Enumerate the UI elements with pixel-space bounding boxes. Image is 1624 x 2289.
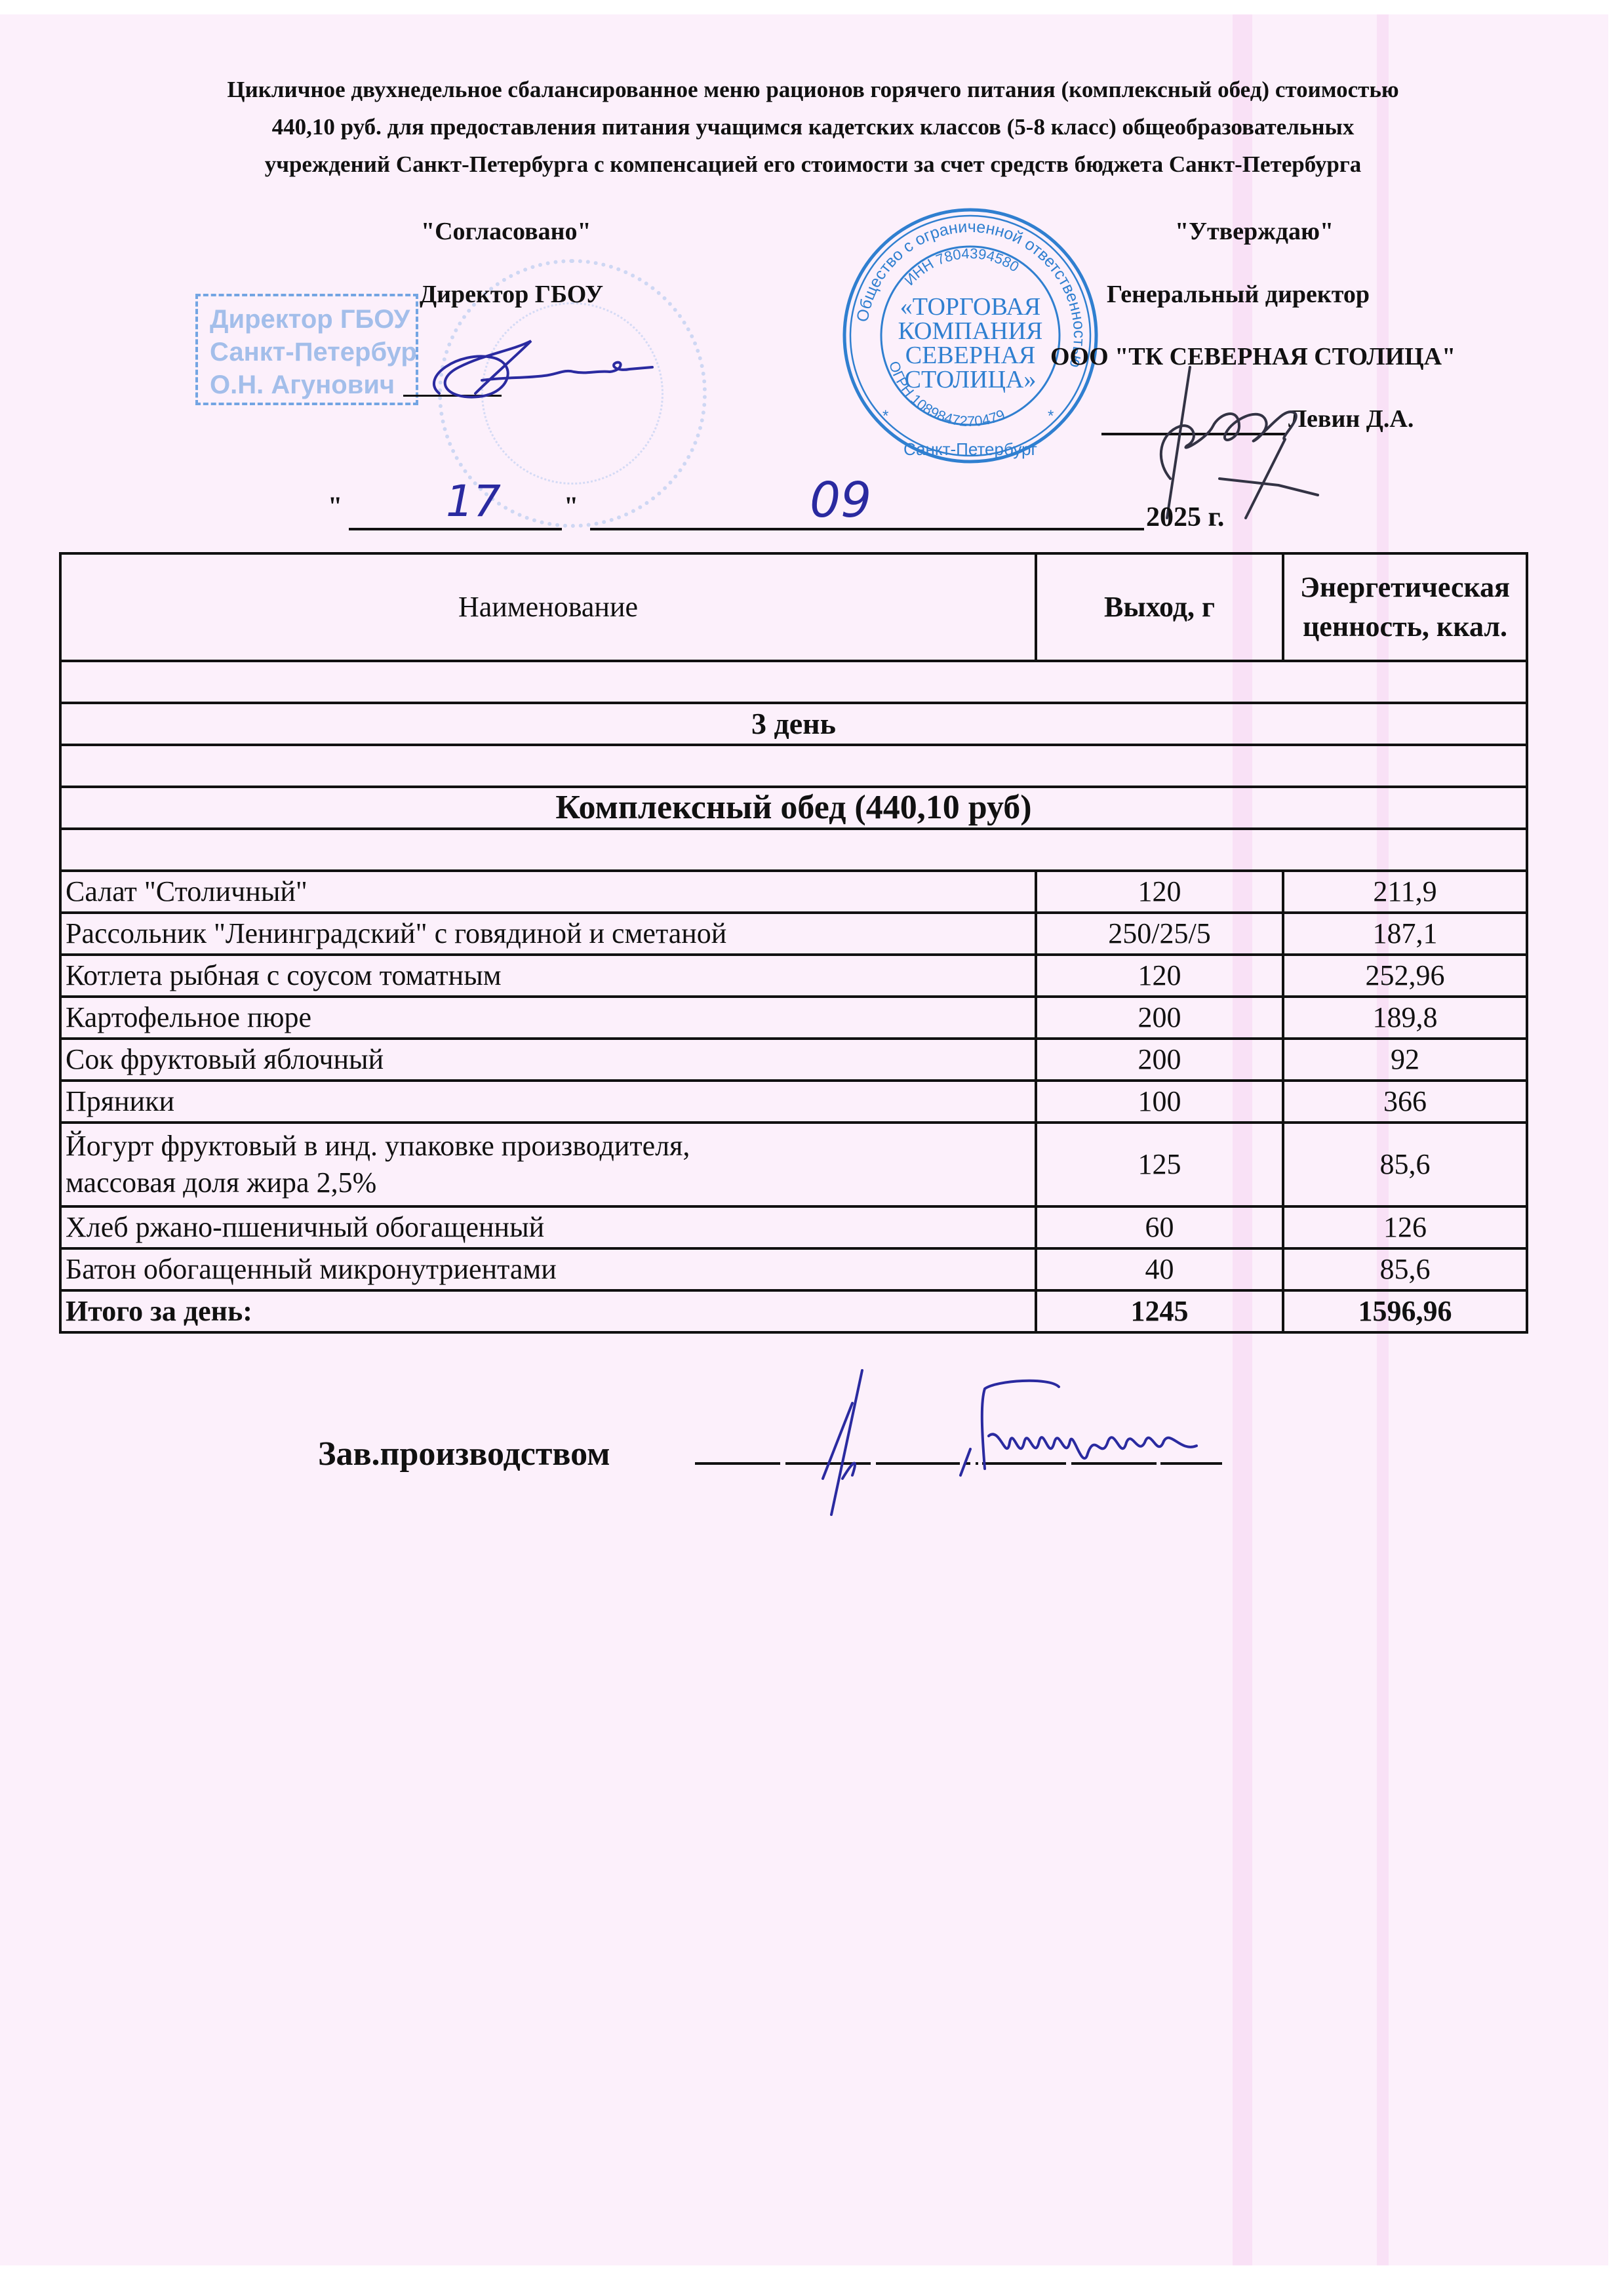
production-head-signature-icon bbox=[813, 1364, 1337, 1521]
total-row: Итого за день: 1245 1596,96 bbox=[60, 1290, 1527, 1332]
stamp-city: Санкт-Петербург bbox=[903, 439, 1037, 459]
dish-yield: 125 bbox=[1036, 1123, 1283, 1206]
date-month: 09 bbox=[810, 476, 871, 525]
menu-table: Наименование Выход, г Энергетическая цен… bbox=[59, 552, 1528, 1334]
total-energy: 1596,96 bbox=[1283, 1290, 1527, 1332]
production-head-label: Зав.производством bbox=[318, 1435, 610, 1473]
title-line: 440,10 руб. для предоставления питания у… bbox=[39, 108, 1587, 146]
table-row: Батон обогащенный микронутриентами 40 85… bbox=[60, 1248, 1527, 1290]
stamp-line: Директор ГБОУ школы № 380 bbox=[210, 303, 409, 336]
dish-energy: 366 bbox=[1283, 1081, 1527, 1123]
dish-yield: 40 bbox=[1036, 1248, 1283, 1290]
spacer-row bbox=[60, 829, 1527, 871]
dish-name: Пряники bbox=[60, 1081, 1036, 1123]
dish-yield: 200 bbox=[1036, 1039, 1283, 1081]
dish-energy: 187,1 bbox=[1283, 913, 1527, 955]
stamp-star-icon: * bbox=[1048, 407, 1054, 425]
dish-yield: 120 bbox=[1036, 871, 1283, 913]
dish-energy: 126 bbox=[1283, 1206, 1527, 1248]
column-header-energy: Энергетическая ценность, ккал. bbox=[1283, 553, 1527, 661]
table-row: Салат "Столичный" 120 211,9 bbox=[60, 871, 1527, 913]
stamp-line: О.Н. Агунович bbox=[210, 368, 409, 401]
dish-name: Рассольник "Ленинградский" с говядиной и… bbox=[60, 913, 1036, 955]
date-day: 17 bbox=[446, 480, 501, 523]
dish-yield: 60 bbox=[1036, 1206, 1283, 1248]
total-label: Итого за день: bbox=[60, 1290, 1036, 1332]
dish-yield: 100 bbox=[1036, 1081, 1283, 1123]
school-director-title: Директор ГБОУ bbox=[420, 282, 603, 307]
dish-name: Картофельное пюре bbox=[60, 997, 1036, 1039]
day-label: 3 день bbox=[60, 703, 1527, 745]
dish-name: Йогурт фруктовый в инд. упаковке произво… bbox=[60, 1123, 1036, 1206]
table-row: Котлета рыбная с соусом томатным 120 252… bbox=[60, 955, 1527, 997]
header-energy-line: ценность, ккал. bbox=[1288, 607, 1522, 647]
table-row: Йогурт фруктовый в инд. упаковке произво… bbox=[60, 1123, 1527, 1206]
spacer-row bbox=[60, 661, 1527, 703]
dish-name: Сок фруктовый яблочный bbox=[60, 1039, 1036, 1081]
stamp-center-line: «ТОРГОВАЯ bbox=[900, 293, 1041, 321]
agreed-heading: "Согласовано" bbox=[421, 219, 591, 244]
company-name: ООО "ТК СЕВЕРНАЯ СТОЛИЦА" bbox=[1050, 344, 1456, 369]
company-round-stamp: Общество с ограниченной ответственностью… bbox=[839, 205, 1101, 467]
spacer-row bbox=[60, 745, 1527, 787]
dish-energy: 85,6 bbox=[1283, 1248, 1527, 1290]
column-header-yield: Выход, г bbox=[1036, 553, 1283, 661]
svg-text:ИНН 7804394580: ИНН 7804394580 bbox=[901, 245, 1021, 289]
dish-name: Салат "Столичный" bbox=[60, 871, 1036, 913]
dish-energy: 189,8 bbox=[1283, 997, 1527, 1039]
table-header-row: Наименование Выход, г Энергетическая цен… bbox=[60, 553, 1527, 661]
meal-label: Комплексный обед (440,10 руб) bbox=[60, 787, 1527, 829]
table-row: Рассольник "Ленинградский" с говядиной и… bbox=[60, 913, 1527, 955]
column-header-name: Наименование bbox=[60, 553, 1036, 661]
stamp-inn: ИНН 7804394580 bbox=[901, 245, 1021, 289]
dish-name: Батон обогащенный микронутриентами bbox=[60, 1248, 1036, 1290]
stamp-line: Санкт-Петербурга bbox=[210, 336, 409, 368]
table-row: Пряники 100 366 bbox=[60, 1081, 1527, 1123]
stamp-center-line: СТОЛИЦА» bbox=[905, 366, 1037, 393]
dish-yield: 120 bbox=[1036, 955, 1283, 997]
date-year: 2025 г. bbox=[1146, 504, 1224, 531]
general-director-signature-icon bbox=[1115, 367, 1351, 525]
director-rect-stamp: Директор ГБОУ школы № 380 Санкт-Петербур… bbox=[195, 294, 418, 405]
stamp-center-line: КОМПАНИЯ bbox=[898, 317, 1043, 345]
signature-line bbox=[695, 1462, 780, 1465]
meal-row: Комплексный обед (440,10 руб) bbox=[60, 787, 1527, 829]
stamp-center-line: СЕВЕРНАЯ bbox=[905, 342, 1035, 369]
dish-energy: 252,96 bbox=[1283, 955, 1527, 997]
day-row: 3 день bbox=[60, 703, 1527, 745]
dish-name: Котлета рыбная с соусом томатным bbox=[60, 955, 1036, 997]
dish-name-line: массовая доля жира 2,5% bbox=[66, 1168, 1031, 1198]
table-row: Сок фруктовый яблочный 200 92 bbox=[60, 1039, 1527, 1081]
approve-heading: "Утверждаю" bbox=[1175, 219, 1334, 244]
dish-energy: 211,9 bbox=[1283, 871, 1527, 913]
header-energy-line: Энергетическая bbox=[1288, 568, 1522, 607]
day-underline bbox=[349, 528, 562, 530]
title-line: Цикличное двухнедельное сбалансированное… bbox=[39, 71, 1587, 108]
dish-yield: 250/25/5 bbox=[1036, 913, 1283, 955]
document-title: Цикличное двухнедельное сбалансированное… bbox=[39, 71, 1587, 183]
table-row: Картофельное пюре 200 189,8 bbox=[60, 997, 1527, 1039]
general-director-title: Генеральный директор bbox=[1107, 282, 1370, 307]
date-quote-open: " bbox=[328, 493, 342, 519]
dish-name: Хлеб ржано-пшеничный обогащенный bbox=[60, 1206, 1036, 1248]
table-row: Хлеб ржано-пшеничный обогащенный 60 126 bbox=[60, 1206, 1527, 1248]
dish-energy: 92 bbox=[1283, 1039, 1527, 1081]
title-line: учреждений Санкт-Петербурга с компенсаци… bbox=[39, 146, 1587, 183]
dish-energy: 85,6 bbox=[1283, 1123, 1527, 1206]
dish-yield: 200 bbox=[1036, 997, 1283, 1039]
stamp-star-icon: * bbox=[882, 407, 888, 425]
director-signature-icon bbox=[420, 331, 734, 410]
total-yield: 1245 bbox=[1036, 1290, 1283, 1332]
dish-name-line: Йогурт фруктовый в инд. упаковке произво… bbox=[66, 1131, 1031, 1161]
date-quote-close: " bbox=[564, 493, 578, 519]
